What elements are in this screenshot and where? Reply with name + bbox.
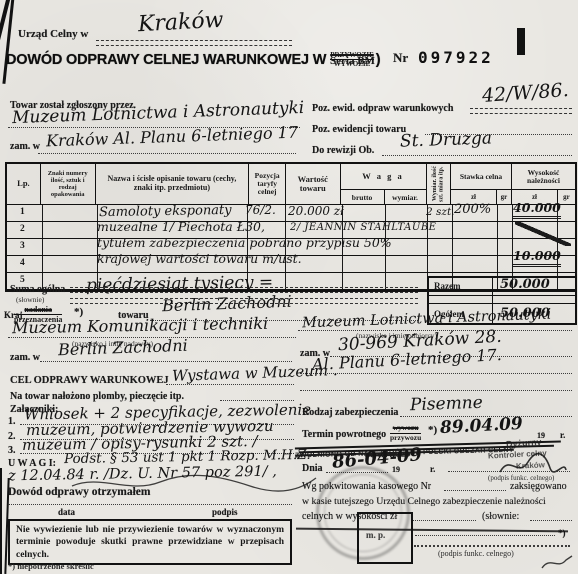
totals-spacer xyxy=(429,296,493,303)
goods-table: Lp. Znaki numery ilość, sztuk i rodzaj o… xyxy=(5,162,577,292)
seria-label: Seria BM xyxy=(330,55,375,67)
termin-label: Termin powrotnego xyxy=(302,429,386,440)
warning-box: Nie wywiezienie lub nie przywiezienie to… xyxy=(8,519,292,565)
office-fill-line xyxy=(96,40,292,46)
waga-brutto: brutto xyxy=(341,190,385,204)
row3-nazwa-handwritten: tytułem zabezpieczenia pobrano przypisu … xyxy=(97,237,392,250)
row1-pozycja-handwritten: 76/2. xyxy=(245,204,276,216)
dotted-line xyxy=(38,153,296,154)
row-number: 3 xyxy=(20,241,25,251)
col-stawka: Stawka celna zł gr xyxy=(451,164,512,204)
nr-label: Nr xyxy=(393,50,408,66)
poz-towaru-label: Poz. ewidencji towaru xyxy=(312,124,406,135)
zalacznik-2-number: 2. xyxy=(8,431,16,442)
col-naleznosc: Wysokość należności zł gr xyxy=(512,164,575,204)
col-wartosc: Wartość towaru xyxy=(286,164,341,204)
col-waga: W a g a brutto wymiar. xyxy=(341,164,427,204)
row2-nazwa-handwritten: muzealne 1/ Piechota Ł30, xyxy=(97,221,265,234)
razem-value-handwritten: 50.000 xyxy=(493,278,575,295)
podpis-funkc-caption: (podpis funkc. celnego) xyxy=(438,549,514,558)
rewizja-label: Do rewizji Ob. xyxy=(312,145,374,156)
data-column-label: data xyxy=(58,507,75,517)
totals-spacer-value xyxy=(493,296,575,303)
dotted-line xyxy=(166,384,294,385)
rodzaj-handwritten: Pisemne xyxy=(410,395,483,415)
nr-value: 097922 xyxy=(418,48,494,67)
col-pozycja: Pozycja taryfy celnej xyxy=(249,164,286,204)
dotted-line xyxy=(8,504,292,505)
form-title: DOWÓD ODPRAWY CELNEJ WARUNKOWEJ W xyxy=(6,52,326,68)
dotted-line xyxy=(382,155,572,156)
zalacznik-3-number: 3. xyxy=(8,445,16,456)
signature-scribble xyxy=(540,552,574,572)
waga-label: W a g a xyxy=(341,164,426,189)
odbiorca-handwritten: Muzeum Lotnictwa i Astronautyki xyxy=(302,308,552,331)
termin-choice: wywozu przywozu xyxy=(390,424,421,442)
col-nazwa: Nazwa i ścisłe opisanie towaru (cechy, z… xyxy=(96,164,250,204)
zam-label: zam. w xyxy=(10,141,40,152)
strike-mark xyxy=(515,222,571,246)
footnote: *) niepotrzebne skreślić xyxy=(8,561,94,571)
stawka-label: Stawka celna xyxy=(451,164,511,189)
dotted-line xyxy=(40,361,292,362)
razem-label: Razem xyxy=(429,278,493,295)
form-title-row: DOWÓD ODPRAWY CELNEJ WARUNKOWEJ W PRZYWO… xyxy=(6,51,380,68)
customs-office-label: Urząd Celny w xyxy=(18,28,88,40)
title-suffix: ) xyxy=(376,52,381,68)
row4-kwota-handwritten: 10.000 xyxy=(513,250,561,267)
plomby-label: Na towar nałożono plomby, pieczęcie itp. xyxy=(10,391,184,402)
dotted-line xyxy=(448,471,570,472)
podpis-column-label: podpis xyxy=(212,507,238,517)
zam-handwritten: Kraków Al. Planu 6-letniego 17 xyxy=(46,125,298,150)
row-number: 2 xyxy=(20,224,25,234)
stawka-gr: gr xyxy=(497,190,511,204)
customs-office-handwritten: Kraków xyxy=(137,10,224,36)
row-number: 4 xyxy=(20,258,25,268)
rewizja-handwritten: St. Druzga xyxy=(400,130,493,150)
col-znaki: Znaki numery ilość, sztuk i rodzaj opako… xyxy=(41,164,96,204)
termin-r: r. xyxy=(560,430,565,440)
dotted-line xyxy=(530,520,572,521)
warning-text: Nie wywiezienie lub nie przywiezienie to… xyxy=(16,525,284,560)
nadawca-handwritten: Muzeum Komunikacji i techniki xyxy=(12,316,268,336)
poz-ewid-handwritten: 42/W/86. xyxy=(481,81,569,106)
dotted-line xyxy=(414,545,570,547)
scan-artifact-left-bottom xyxy=(0,468,2,574)
termin-star: *) xyxy=(428,424,437,436)
rodzaj-label: Rodzaj zabezpieczenia xyxy=(302,407,398,418)
poz-ewid-label: Poz. ewid. odpraw warunkowych xyxy=(312,103,453,114)
waga-wymiar: wymiar. xyxy=(385,190,426,204)
row-number: 1 xyxy=(20,207,25,217)
poz-ewid-fill-line xyxy=(470,108,572,114)
row1-wartosc-handwritten: 20.000 zł xyxy=(288,205,344,217)
dotted-line xyxy=(412,520,476,521)
dotted-line xyxy=(300,390,572,391)
row2-wartosc-handwritten: 2/ JEANNIN STAHLTAUBE xyxy=(290,223,436,233)
suma-label-sub: (słownie) xyxy=(16,295,44,304)
termin-crossed-word: wywozu xyxy=(390,424,421,433)
kasa-line1b: zaksięgowano xyxy=(510,481,567,492)
kraj-handwritten: Berlin Zachodni xyxy=(162,294,292,315)
row1-stawka-handwritten: 200% xyxy=(454,203,491,216)
row1-ilosc-handwritten: 2 szt. xyxy=(426,207,455,218)
cel-handwritten: Wystawa w Muzeum . xyxy=(172,363,338,384)
col-wym-ilosc: Wymiar. ilość szt. miara itp. xyxy=(427,164,451,204)
dnia-rok: 19 xyxy=(392,465,400,474)
cel-label: CEL ODPRAWY WARUNKOWEJ xyxy=(10,375,169,386)
row1-nazwa-handwritten: Samoloty eksponaty xyxy=(99,204,232,219)
suma-handwritten: pięćdziesiąt tysięcy = xyxy=(86,274,273,294)
nadawca-zam-label: zam. w xyxy=(10,352,40,363)
kasa-line3b: (słownie: xyxy=(482,511,519,522)
customs-form-scan: Urząd Celny w Kraków DOWÓD ODPRAWY CELNE… xyxy=(0,0,578,574)
zalacznik-1-number: 1. xyxy=(8,416,16,427)
dotted-line xyxy=(415,535,555,536)
serial-black-bar xyxy=(517,28,525,55)
termin-handwritten: 89.04.09 xyxy=(440,416,524,437)
mp-label: m. p. xyxy=(366,530,385,540)
dotted-line xyxy=(444,490,506,491)
goods-table-header: Lp. Znaki numery ilość, sztuk i rodzaj o… xyxy=(7,164,575,205)
dnia-r: r. xyxy=(430,464,435,474)
row1-kwota-handwritten: 40.000 xyxy=(513,202,561,219)
nadawca-zam-handwritten: Berlin Zachodni xyxy=(58,338,188,359)
signature-scribble xyxy=(70,472,320,494)
dotted-line xyxy=(300,373,572,374)
naleznosc-label: Wysokość należności xyxy=(512,164,575,189)
row4-nazwa-handwritten: krajowej wartości towaru m/ust. xyxy=(97,253,302,266)
suma-label: Suma ogólna xyxy=(10,284,65,295)
col-lp: Lp. xyxy=(7,164,41,204)
